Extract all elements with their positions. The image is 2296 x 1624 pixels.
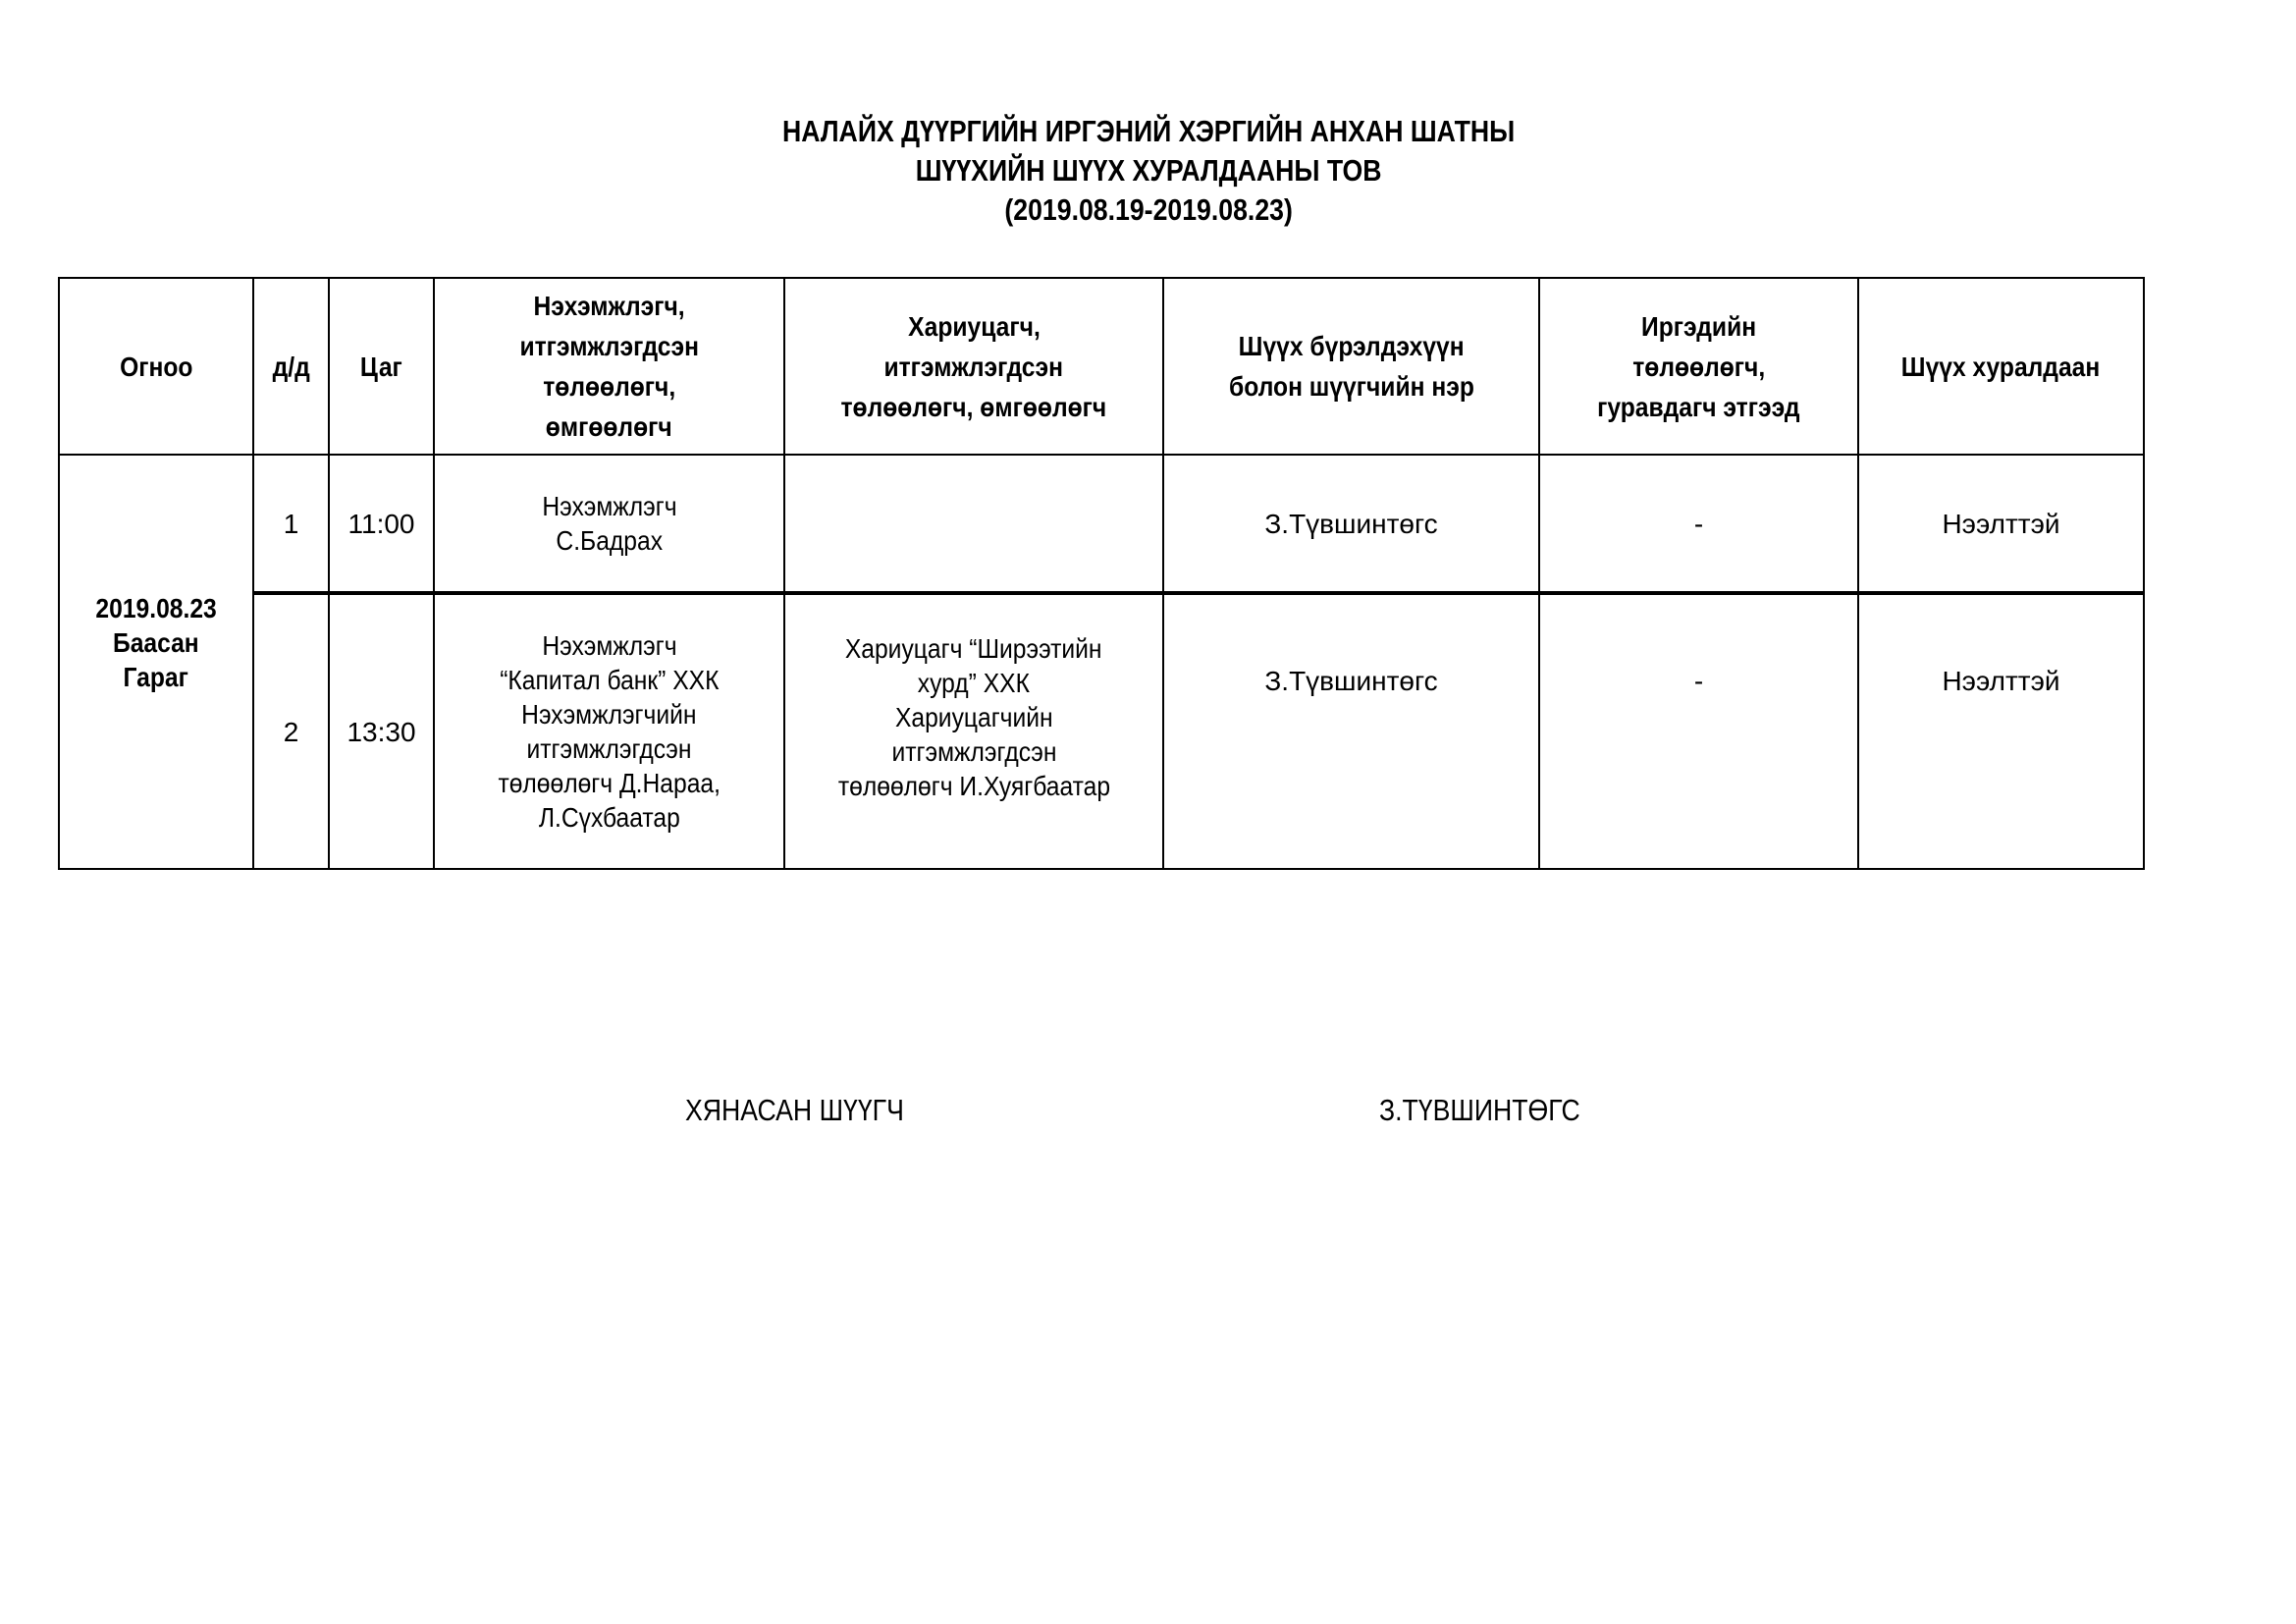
title-line-2: ШҮҮХИЙН ШҮҮХ ХУРАЛДААНЫ ТОВ: [161, 151, 2136, 190]
row-hearing-type: Нээлттэй: [1858, 593, 2144, 869]
cell-text-line: 2019.08.23: [64, 591, 248, 625]
header-hearing-type: Шүүх хуралдаан: [1858, 278, 2144, 455]
cell-text-line: итгэмжлэгдсэн: [789, 347, 1158, 387]
table-row: 2019.08.23БаасанГараг 1 11:00 Нэхэмжлэгч…: [59, 455, 2144, 593]
cell-text-line: хурд” ХХК: [789, 666, 1158, 700]
table-row: 2 13:30 Нэхэмжлэгч“Капитал банк” ХХКНэхэ…: [59, 593, 2144, 869]
cell-text-line: Баасан: [64, 625, 248, 660]
cell-text-line: Иргэдийн: [1544, 306, 1853, 347]
header-citizen-rep: Иргэдийнтөлөөлөгч,гуравдагч этгээд: [1539, 278, 1858, 455]
cell-text-line: Нэхэмжлэгч,: [439, 286, 779, 326]
title-line-1: НАЛАЙХ ДҮҮРГИЙН ИРГЭНИЙ ХЭРГИЙН АНХАН ША…: [161, 112, 2136, 151]
header-date: Огноо: [59, 278, 253, 455]
header-defendant: Хариуцагч,итгэмжлэгдсэнтөлөөлөгч, өмгөөл…: [784, 278, 1163, 455]
title-date-range: (2019.08.19-2019.08.23): [161, 190, 2136, 230]
cell-text-line: төлөөлөгч,: [439, 366, 779, 406]
row-plaintiff: Нэхэмжлэгч“Капитал банк” ХХКНэхэмжлэгчий…: [434, 593, 784, 869]
cell-text-line: итгэмжлэгдсэн: [439, 731, 779, 766]
row-number: 2: [253, 593, 329, 869]
row-number: 1: [253, 455, 329, 593]
date-cell: 2019.08.23БаасанГараг: [59, 455, 253, 869]
cell-text-line: төлөөлөгч,: [1544, 347, 1853, 387]
cell-text-line: болон шүүгчийн нэр: [1168, 366, 1534, 406]
cell-text-line: итгэмжлэгдсэн: [789, 734, 1158, 769]
row-judge: З.Түвшинтөгс: [1163, 593, 1539, 869]
header-plaintiff: Нэхэмжлэгч,итгэмжлэгдсэнтөлөөлөгч,өмгөөл…: [434, 278, 784, 455]
cell-text-line: Цаг: [334, 347, 429, 387]
cell-text-line: төлөөлөгч Д.Нараа,: [439, 766, 779, 800]
row-defendant: [784, 455, 1163, 593]
cell-text-line: Гараг: [64, 660, 248, 694]
row-hearing-type: Нээлттэй: [1858, 455, 2144, 593]
row-defendant: Хариуцагч “Ширээтийнхурд” ХХКХариуцагчий…: [784, 593, 1163, 869]
signature-name: З.ТҮВШИНТӨГС: [1379, 1093, 1613, 1128]
cell-text-line: өмгөөлөгч: [439, 406, 779, 447]
cell-text-line: Шүүх хуралдаан: [1863, 347, 2139, 387]
cell-text-line: С.Бадрах: [439, 523, 779, 558]
cell-text-line: д/д: [258, 347, 324, 387]
cell-text-line: Хариуцагч,: [789, 306, 1158, 347]
cell-text-line: гуравдагч этгээд: [1544, 387, 1853, 427]
cell-text-line: Нэхэмжлэгч: [439, 489, 779, 523]
cell-text-line: Нэхэмжлэгч: [439, 628, 779, 663]
cell-text-line: Л.Сүхбаатар: [439, 800, 779, 835]
cell-text-line: Шүүх бүрэлдэхүүн: [1168, 326, 1534, 366]
row-time: 13:30: [329, 593, 434, 869]
header-number: д/д: [253, 278, 329, 455]
header-time: Цаг: [329, 278, 434, 455]
signature-role: ХЯНАСАН ШҮҮГЧ: [685, 1093, 939, 1128]
row-citizen-rep: -: [1539, 455, 1858, 593]
cell-text-line: төлөөлөгч, өмгөөлөгч: [789, 387, 1158, 427]
document-title: НАЛАЙХ ДҮҮРГИЙН ИРГЭНИЙ ХЭРГИЙН АНХАН ША…: [161, 112, 2136, 230]
row-citizen-rep: -: [1539, 593, 1858, 869]
cell-text-line: Нэхэмжлэгчийн: [439, 697, 779, 731]
header-judge: Шүүх бүрэлдэхүүнболон шүүгчийн нэр: [1163, 278, 1539, 455]
header-row: Огноо д/д Цаг Нэхэмжлэгч,итгэмжлэгдсэнтө…: [59, 278, 2144, 455]
cell-text-line: Хариуцагч “Ширээтийн: [789, 631, 1158, 666]
cell-text-line: итгэмжлэгдсэн: [439, 326, 779, 366]
cell-text-line: Хариуцагчийн: [789, 700, 1158, 734]
row-judge: З.Түвшинтөгс: [1163, 455, 1539, 593]
cell-text-line: “Капитал банк” ХХК: [439, 663, 779, 697]
cell-text-line: Огноо: [64, 347, 248, 387]
hearing-schedule-table: Огноо д/д Цаг Нэхэмжлэгч,итгэмжлэгдсэнтө…: [58, 277, 2145, 870]
cell-text-line: төлөөлөгч И.Хуягбаатар: [789, 769, 1158, 803]
row-plaintiff: НэхэмжлэгчС.Бадрах: [434, 455, 784, 593]
row-time: 11:00: [329, 455, 434, 593]
